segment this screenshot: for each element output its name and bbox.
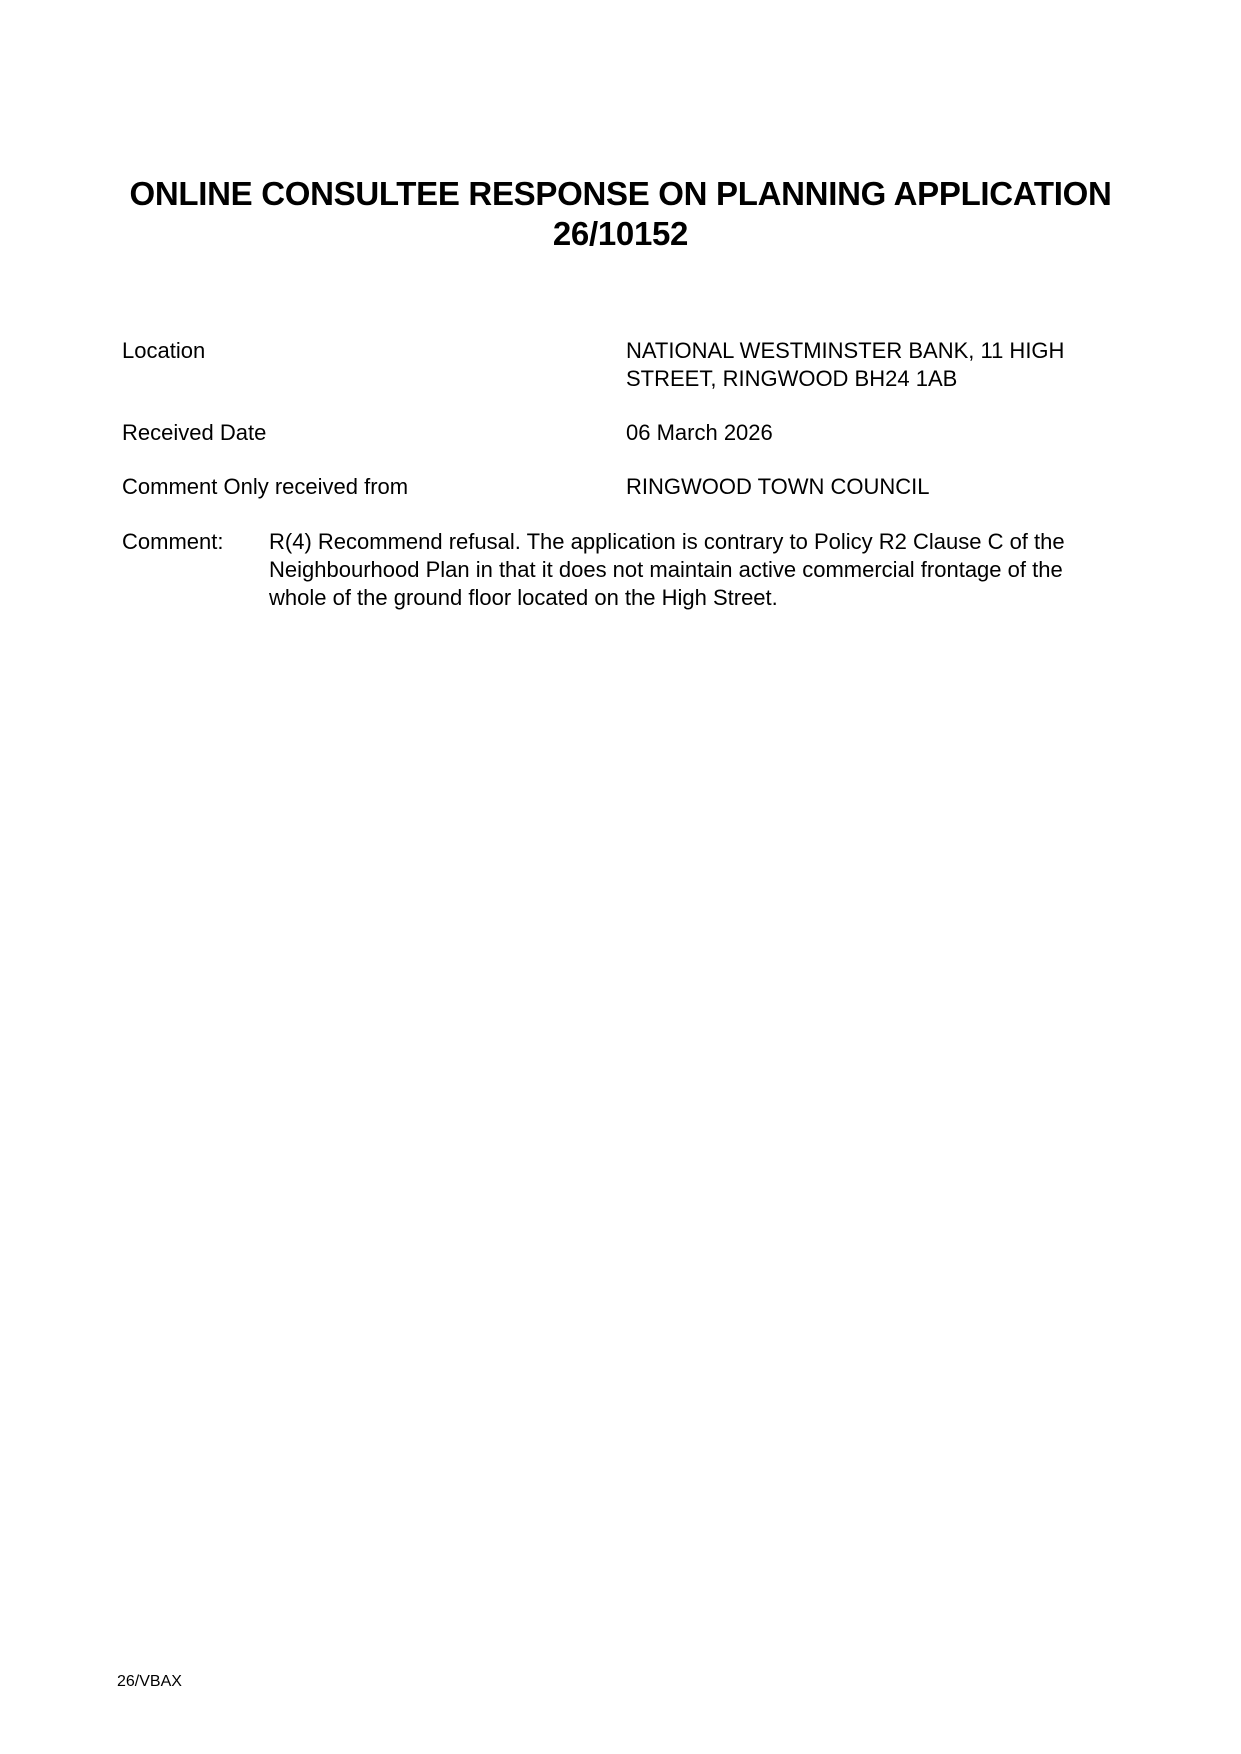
- location-line-1: NATIONAL WESTMINSTER BANK, 11 HIGH: [626, 337, 1146, 365]
- comment-line-1: R(4) Recommend refusal. The application …: [269, 528, 1119, 556]
- comment-text: R(4) Recommend refusal. The application …: [269, 528, 1119, 612]
- footer-reference: 26/VBAX: [117, 1672, 182, 1692]
- received-from-value: RINGWOOD TOWN COUNCIL: [626, 473, 1146, 501]
- location-value: NATIONAL WESTMINSTER BANK, 11 HIGH STREE…: [626, 337, 1146, 393]
- location-label: Location: [122, 337, 205, 365]
- received-from-label: Comment Only received from: [122, 473, 408, 501]
- application-number: 26/10152: [0, 214, 1241, 254]
- title-line-1: ONLINE CONSULTEE RESPONSE ON PLANNING AP…: [0, 174, 1241, 214]
- comment-label: Comment:: [122, 528, 223, 556]
- received-date-label: Received Date: [122, 419, 266, 447]
- document-title: ONLINE CONSULTEE RESPONSE ON PLANNING AP…: [0, 174, 1241, 254]
- comment-line-3: whole of the ground floor located on the…: [269, 584, 1119, 612]
- received-date-value: 06 March 2026: [626, 419, 1146, 447]
- location-line-2: STREET, RINGWOOD BH24 1AB: [626, 365, 1146, 393]
- comment-line-2: Neighbourhood Plan in that it does not m…: [269, 556, 1119, 584]
